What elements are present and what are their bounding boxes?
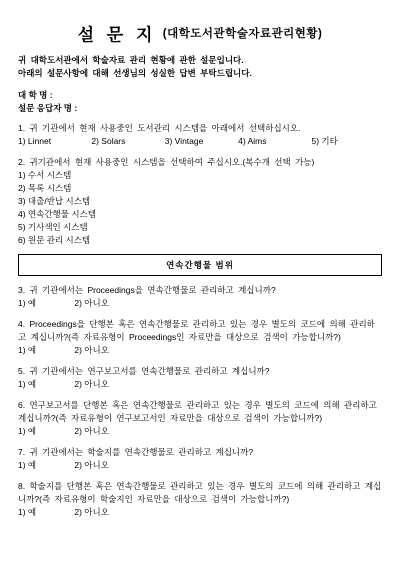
question-7-option-no: 2) 아니오 [74, 459, 109, 472]
question-1-option-1: 1) Linnet [18, 135, 89, 148]
question-4: 4. Proceedings을 단행본 혹은 연속간행물로 관리하고 있는 경우… [18, 318, 382, 357]
intro-text: 귀 대학도서관에서 학술자료 관리 현황에 관한 설문입니다. 아래의 설문사항… [18, 54, 382, 80]
question-2-option-3: 3) 대출/반납 시스템 [18, 195, 382, 208]
question-2-option-6: 6) 원문 관리 시스템 [18, 234, 382, 247]
question-1-option-2: 2) Solars [91, 135, 162, 148]
question-1-option-3: 3) Vintage [165, 135, 236, 148]
question-5-text: 5. 귀 기관에서는 연구보고서를 연속간행물로 관리하고 계십니까? [18, 365, 382, 378]
question-5-option-no: 2) 아니오 [74, 378, 109, 391]
question-4-option-no: 2) 아니오 [74, 344, 109, 357]
question-8-option-no: 2) 아니오 [74, 506, 109, 519]
question-8-options: 1) 예 2) 아니오 [18, 506, 382, 519]
respondent-name-field: 설문 응답자 명 : [18, 102, 382, 115]
question-2-text: 2. 귀기관에서 현재 사용중인 시스템을 선택하여 주십시오.(복수개 선택 … [18, 156, 382, 169]
question-7: 7. 귀 기관에서는 학술지를 연속간행물로 관리하고 계십니까? 1) 예 2… [18, 446, 382, 472]
question-8-option-yes: 1) 예 [18, 506, 72, 519]
question-3-options: 1) 예 2) 아니오 [18, 297, 382, 310]
question-1: 1. 귀 기관에서 현재 사용중인 도서관리 시스템을 아래에서 선택하십시오.… [18, 122, 382, 148]
question-3-option-no: 2) 아니오 [74, 297, 109, 310]
university-name-field: 대 학 명 : [18, 89, 382, 102]
question-6-option-no: 2) 아니오 [74, 425, 109, 438]
question-6-text: 6. 연구보고서를 단행본 혹은 연속간행물로 관리하고 있는 경우 별도의 코… [18, 399, 382, 425]
question-2-option-5: 5) 기사색인 시스템 [18, 221, 382, 234]
question-1-options: 1) Linnet 2) Solars 3) Vintage 4) Aims 5… [18, 135, 382, 148]
question-2-option-1: 1) 수서 시스템 [18, 169, 382, 182]
question-1-text: 1. 귀 기관에서 현재 사용중인 도서관리 시스템을 아래에서 선택하십시오. [18, 122, 382, 135]
question-8: 8. 학술지를 단행본 혹은 연속간행물로 관리하고 있는 경우 별도의 코드에… [18, 480, 382, 519]
question-5-options: 1) 예 2) 아니오 [18, 378, 382, 391]
question-3: 3. 귀 기관에서는 Proceedings을 연속간행물로 관리하고 계십니까… [18, 284, 382, 310]
intro-line-2: 아래의 설문사항에 대해 선생님의 성실한 답변 부탁드립니다. [18, 67, 382, 80]
question-2-option-4: 4) 연속간행물 시스템 [18, 208, 382, 221]
question-7-option-yes: 1) 예 [18, 459, 72, 472]
document-title: 설 문 지 (대학도서관학술자료관리현황) [18, 28, 382, 41]
question-5: 5. 귀 기관에서는 연구보고서를 연속간행물로 관리하고 계십니까? 1) 예… [18, 365, 382, 391]
title-main: 설 문 지 [78, 25, 157, 44]
survey-document: 설 문 지 (대학도서관학술자료관리현황) 귀 대학도서관에서 학술자료 관리 … [0, 0, 400, 565]
question-3-text: 3. 귀 기관에서는 Proceedings을 연속간행물로 관리하고 계십니까… [18, 284, 382, 297]
question-6-options: 1) 예 2) 아니오 [18, 425, 382, 438]
question-6: 6. 연구보고서를 단행본 혹은 연속간행물로 관리하고 있는 경우 별도의 코… [18, 399, 382, 438]
question-4-options: 1) 예 2) 아니오 [18, 344, 382, 357]
question-2: 2. 귀기관에서 현재 사용중인 시스템을 선택하여 주십시오.(복수개 선택 … [18, 156, 382, 247]
question-2-options: 1) 수서 시스템 2) 목록 시스템 3) 대출/반납 시스템 4) 연속간행… [18, 169, 382, 247]
question-7-text: 7. 귀 기관에서는 학술지를 연속간행물로 관리하고 계십니까? [18, 446, 382, 459]
question-1-option-5: 5) 기타 [312, 135, 338, 148]
question-2-option-2: 2) 목록 시스템 [18, 182, 382, 195]
title-subtitle: (대학도서관학술자료관리현황) [163, 28, 323, 40]
question-4-option-yes: 1) 예 [18, 344, 72, 357]
question-1-option-4: 4) Aims [238, 135, 309, 148]
question-5-option-yes: 1) 예 [18, 378, 72, 391]
question-6-option-yes: 1) 예 [18, 425, 72, 438]
question-3-option-yes: 1) 예 [18, 297, 72, 310]
section-header-serials-scope: 연속간행물 범위 [18, 254, 382, 276]
question-8-text: 8. 학술지를 단행본 혹은 연속간행물로 관리하고 있는 경우 별도의 코드에… [18, 480, 382, 506]
question-7-options: 1) 예 2) 아니오 [18, 459, 382, 472]
question-4-text: 4. Proceedings을 단행본 혹은 연속간행물로 관리하고 있는 경우… [18, 318, 382, 344]
respondent-fields: 대 학 명 : 설문 응답자 명 : [18, 89, 382, 114]
intro-line-1: 귀 대학도서관에서 학술자료 관리 현황에 관한 설문입니다. [18, 54, 382, 67]
